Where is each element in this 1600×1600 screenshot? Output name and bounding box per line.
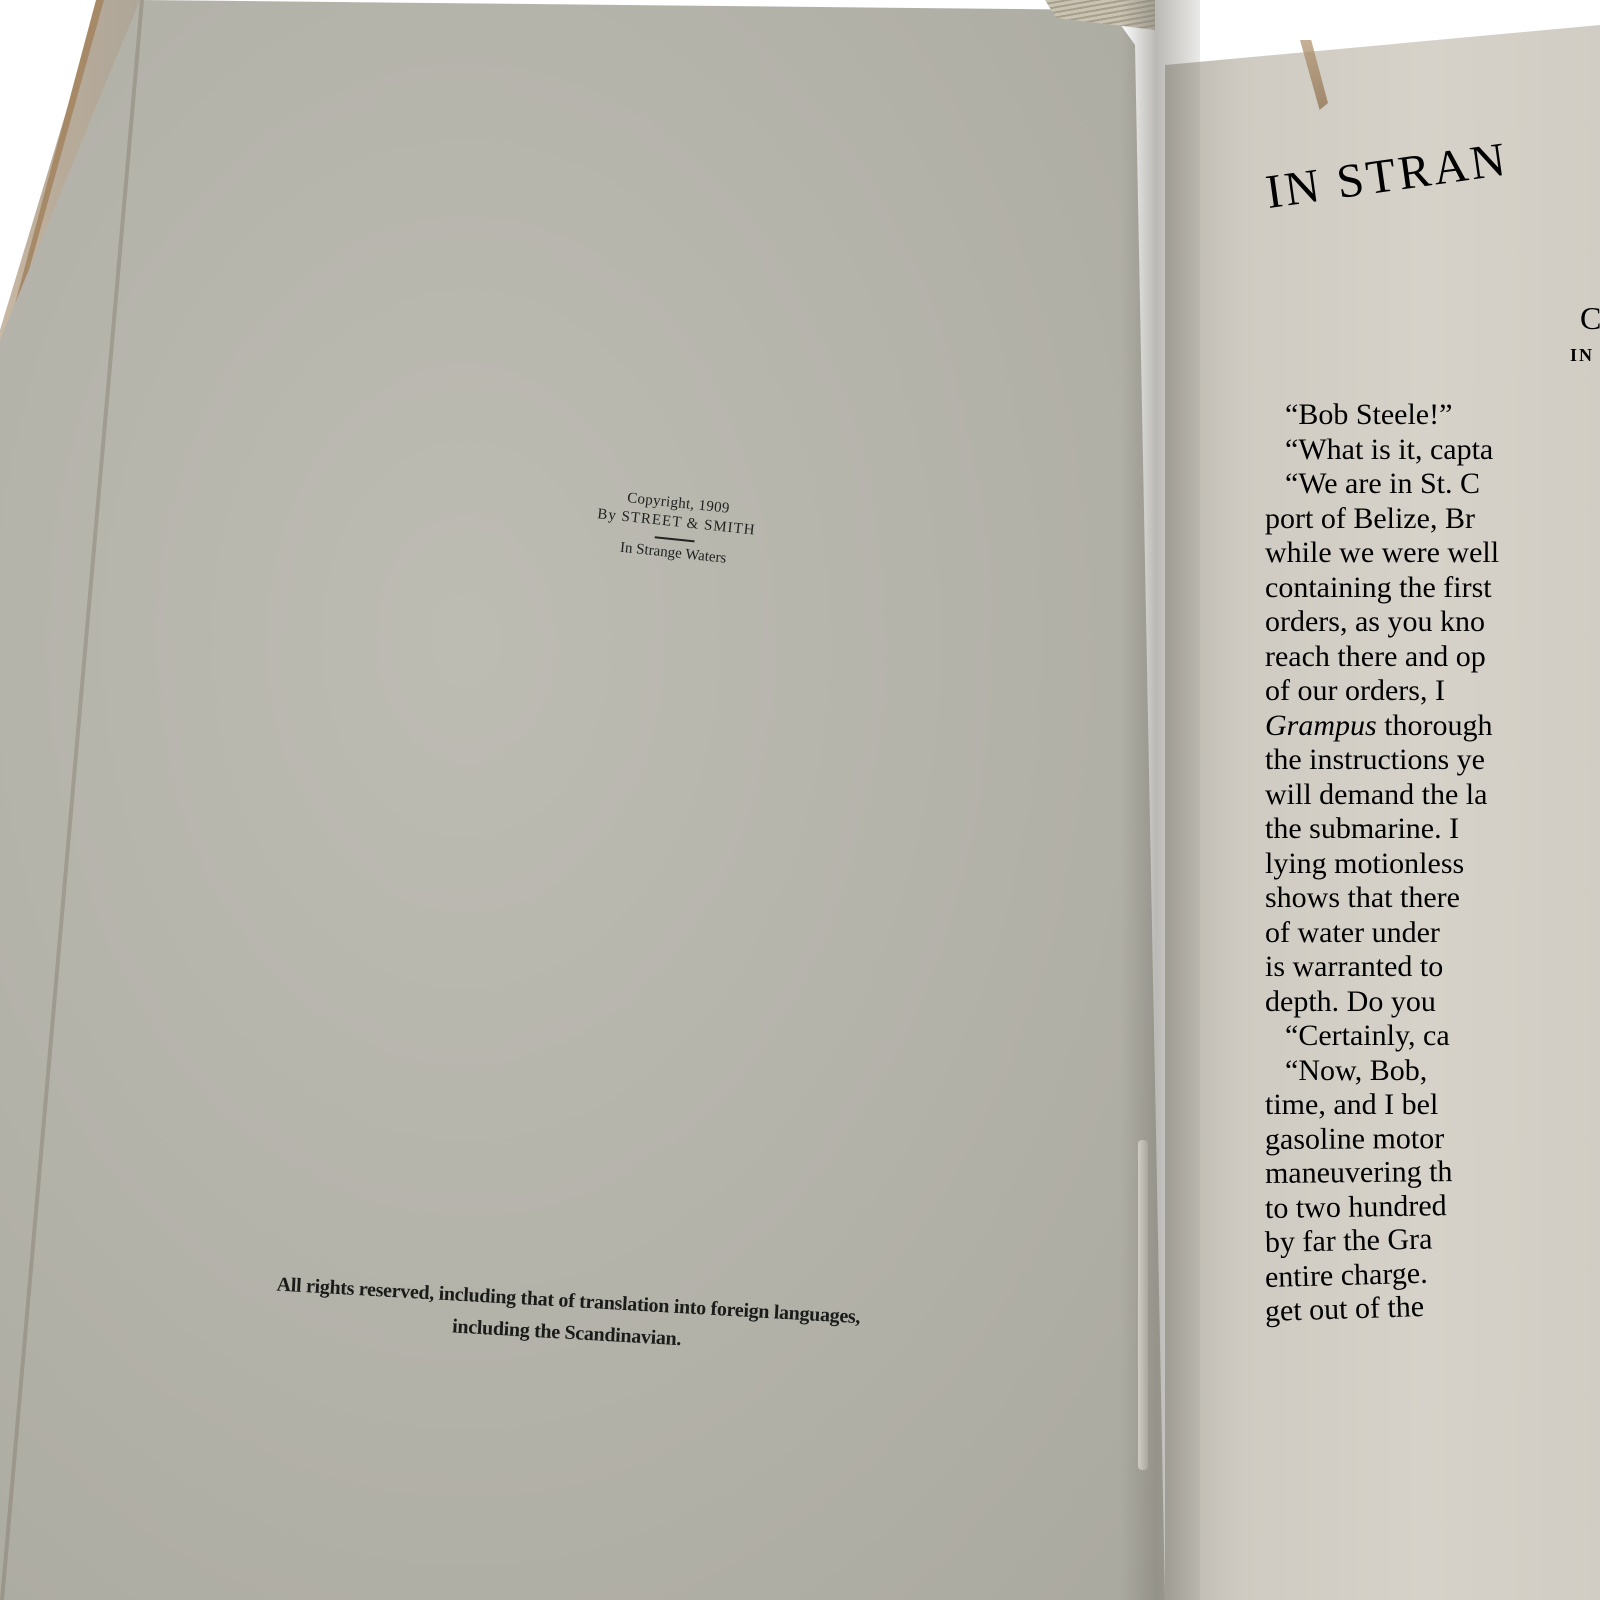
chapter-subheading: IN xyxy=(1570,345,1594,366)
body-line: the submarine. I xyxy=(1265,812,1600,847)
body-line: port of Belize, Br xyxy=(1265,502,1600,537)
body-line: of water under xyxy=(1265,916,1600,951)
chapter-heading: C xyxy=(1580,300,1600,337)
body-line: “What is it, capta xyxy=(1265,433,1600,468)
body-line: while we were well xyxy=(1265,536,1600,571)
body-line: shows that there xyxy=(1265,881,1600,916)
spine-gutter-shadow xyxy=(1120,0,1200,1600)
body-line: reach there and op xyxy=(1265,640,1600,675)
body-line: “Bob Steele!” xyxy=(1265,398,1600,433)
body-line: of our orders, I xyxy=(1265,674,1600,709)
body-line: will demand the la xyxy=(1265,778,1600,813)
body-text: “Bob Steele!”“What is it, capta“We are i… xyxy=(1265,398,1600,1330)
body-line: maneuvering th xyxy=(1265,1153,1600,1192)
body-line: the instructions ye xyxy=(1265,743,1600,778)
body-line: gasoline motor xyxy=(1265,1120,1600,1157)
body-line: orders, as you kno xyxy=(1265,605,1600,640)
open-book-photo: Copyright, 1909 By STREET & SMITH In Str… xyxy=(0,0,1600,1600)
body-line: depth. Do you xyxy=(1265,985,1600,1020)
body-line: lying motionless xyxy=(1265,847,1600,882)
body-line: “We are in St. C xyxy=(1265,467,1600,502)
body-line: containing the first xyxy=(1265,571,1600,606)
body-line: is warranted to xyxy=(1265,950,1600,985)
divider-rule xyxy=(655,536,695,542)
body-line: “Certainly, ca xyxy=(1265,1019,1600,1054)
body-line: “Now, Bob, xyxy=(1265,1054,1600,1089)
body-line: time, and I bel xyxy=(1265,1088,1600,1123)
left-page xyxy=(0,0,1165,1600)
page-tear xyxy=(1138,1140,1148,1470)
body-line: Grampus thorough xyxy=(1265,709,1600,744)
